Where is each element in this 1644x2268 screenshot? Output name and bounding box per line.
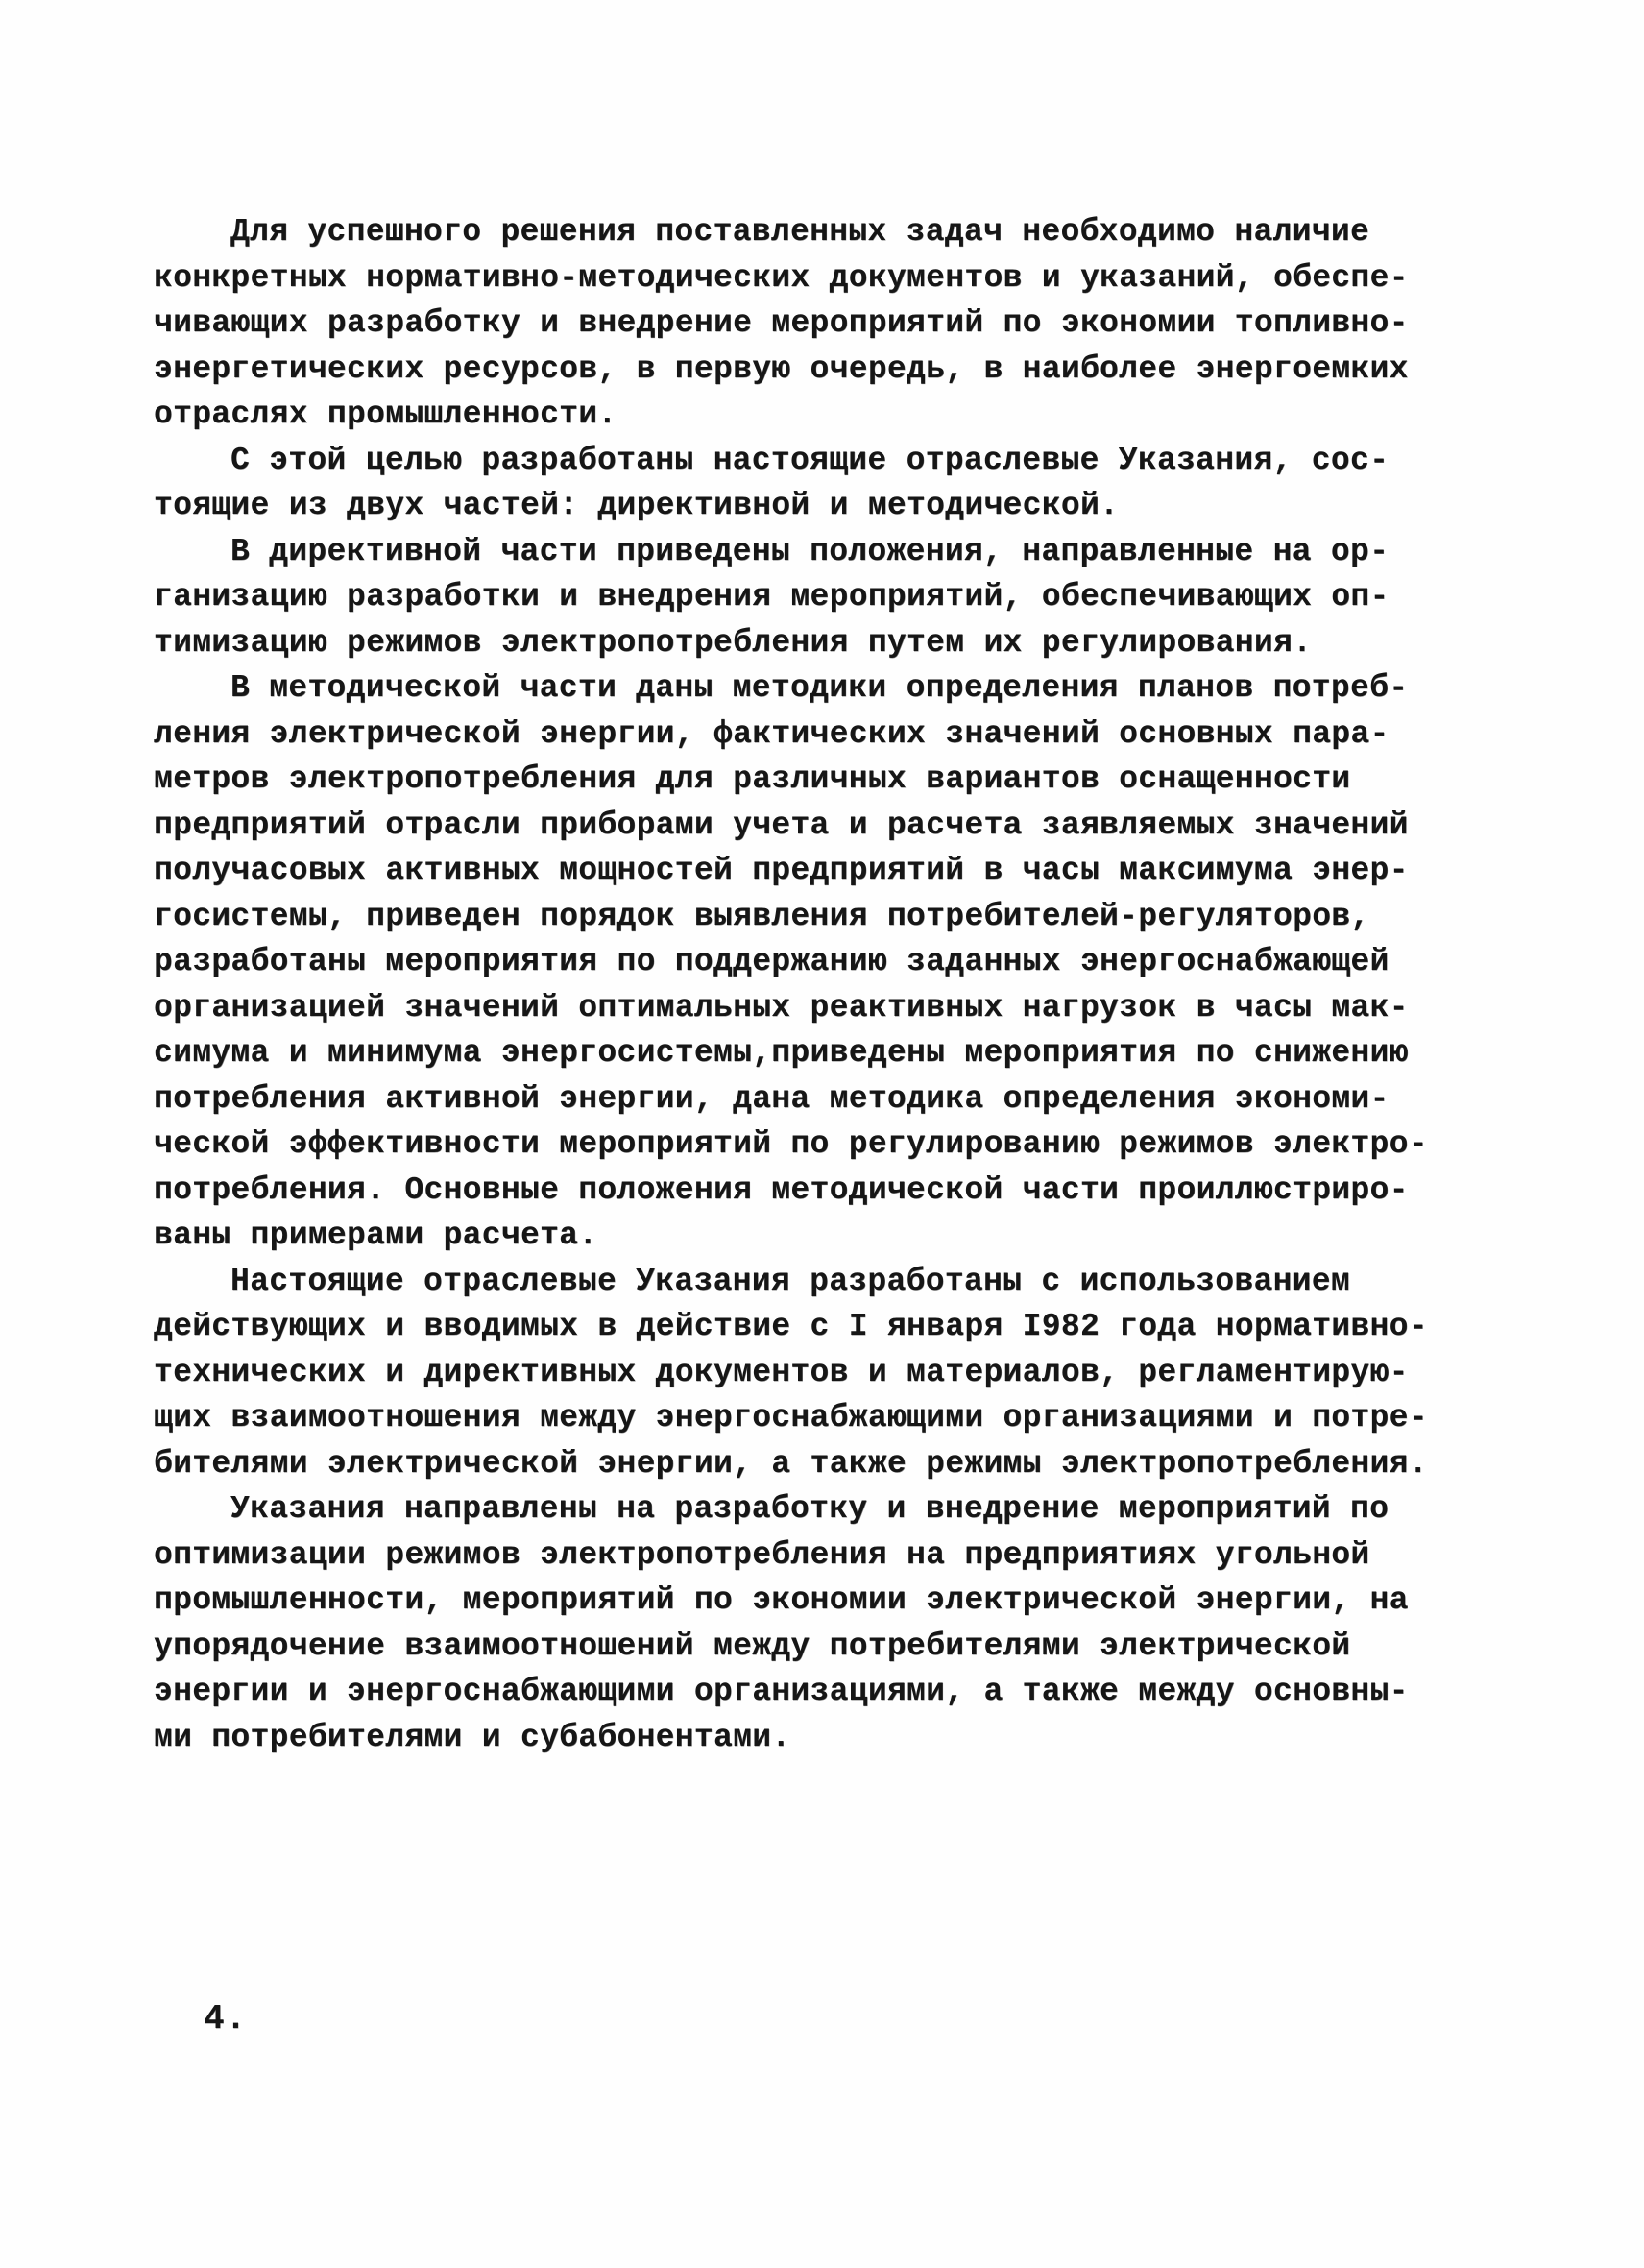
text-line: В директивной части приведены положения,… bbox=[154, 529, 1464, 575]
text-line: метров электропотребления для различных … bbox=[154, 757, 1464, 803]
text-line: потребления активной энергии, дана метод… bbox=[154, 1076, 1464, 1122]
text-line: ваны примерами расчета. bbox=[154, 1213, 1464, 1259]
text-line: получасовых активных мощностей предприят… bbox=[154, 848, 1464, 894]
text-line: Настоящие отраслевые Указания разработан… bbox=[154, 1259, 1464, 1305]
text-line: ления электрической энергии, фактических… bbox=[154, 712, 1464, 758]
text-line: чивающих разработку и внедрение мероприя… bbox=[154, 301, 1464, 347]
text-line: Указания направлены на разработку и внед… bbox=[154, 1486, 1464, 1532]
text-line: энергии и энергоснабжающими организациям… bbox=[154, 1669, 1464, 1715]
text-line: тоящие из двух частей: директивной и мет… bbox=[154, 483, 1464, 529]
text-line: разработаны мероприятия по поддержанию з… bbox=[154, 939, 1464, 985]
text-line: предприятий отрасли приборами учета и ра… bbox=[154, 803, 1464, 849]
text-line: госистемы, приведен порядок выявления по… bbox=[154, 894, 1464, 940]
document-page: Для успешного решения поставленных задач… bbox=[0, 0, 1644, 2268]
text-line: технических и директивных документов и м… bbox=[154, 1350, 1464, 1396]
text-line: ческой эффективности мероприятий по регу… bbox=[154, 1122, 1464, 1168]
text-line: упорядочение взаимоотношений между потре… bbox=[154, 1624, 1464, 1670]
text-line: Для успешного решения поставленных задач… bbox=[154, 209, 1464, 255]
text-line: В методической части даны методики опред… bbox=[154, 665, 1464, 712]
page-text: Для успешного решения поставленных задач… bbox=[154, 209, 1464, 1760]
text-line: ганизацию разработки и внедрения меропри… bbox=[154, 574, 1464, 620]
text-line: тимизацию режимов электропотребления пут… bbox=[154, 620, 1464, 666]
page-number: 4. bbox=[204, 1999, 247, 2039]
text-line: симума и минимума энергосистемы,приведен… bbox=[154, 1030, 1464, 1076]
text-line: энергетических ресурсов, в первую очеред… bbox=[154, 347, 1464, 393]
text-line: конкретных нормативно-методических докум… bbox=[154, 255, 1464, 302]
text-line: отраслях промышленности. bbox=[154, 392, 1464, 438]
text-line: щих взаимоотношения между энергоснабжающ… bbox=[154, 1395, 1464, 1441]
text-line: ми потребителями и субабонентами. bbox=[154, 1715, 1464, 1761]
text-line: организацией значений оптимальных реакти… bbox=[154, 985, 1464, 1031]
text-line: потребления. Основные положения методиче… bbox=[154, 1168, 1464, 1214]
text-line: С этой целью разработаны настоящие отрас… bbox=[154, 438, 1464, 484]
text-line: бителями электрической энергии, а также … bbox=[154, 1441, 1464, 1487]
text-line: действующих и вводимых в действие с I ян… bbox=[154, 1304, 1464, 1350]
text-line: промышленности, мероприятий по экономии … bbox=[154, 1578, 1464, 1624]
text-line: оптимизации режимов электропотребления н… bbox=[154, 1532, 1464, 1579]
